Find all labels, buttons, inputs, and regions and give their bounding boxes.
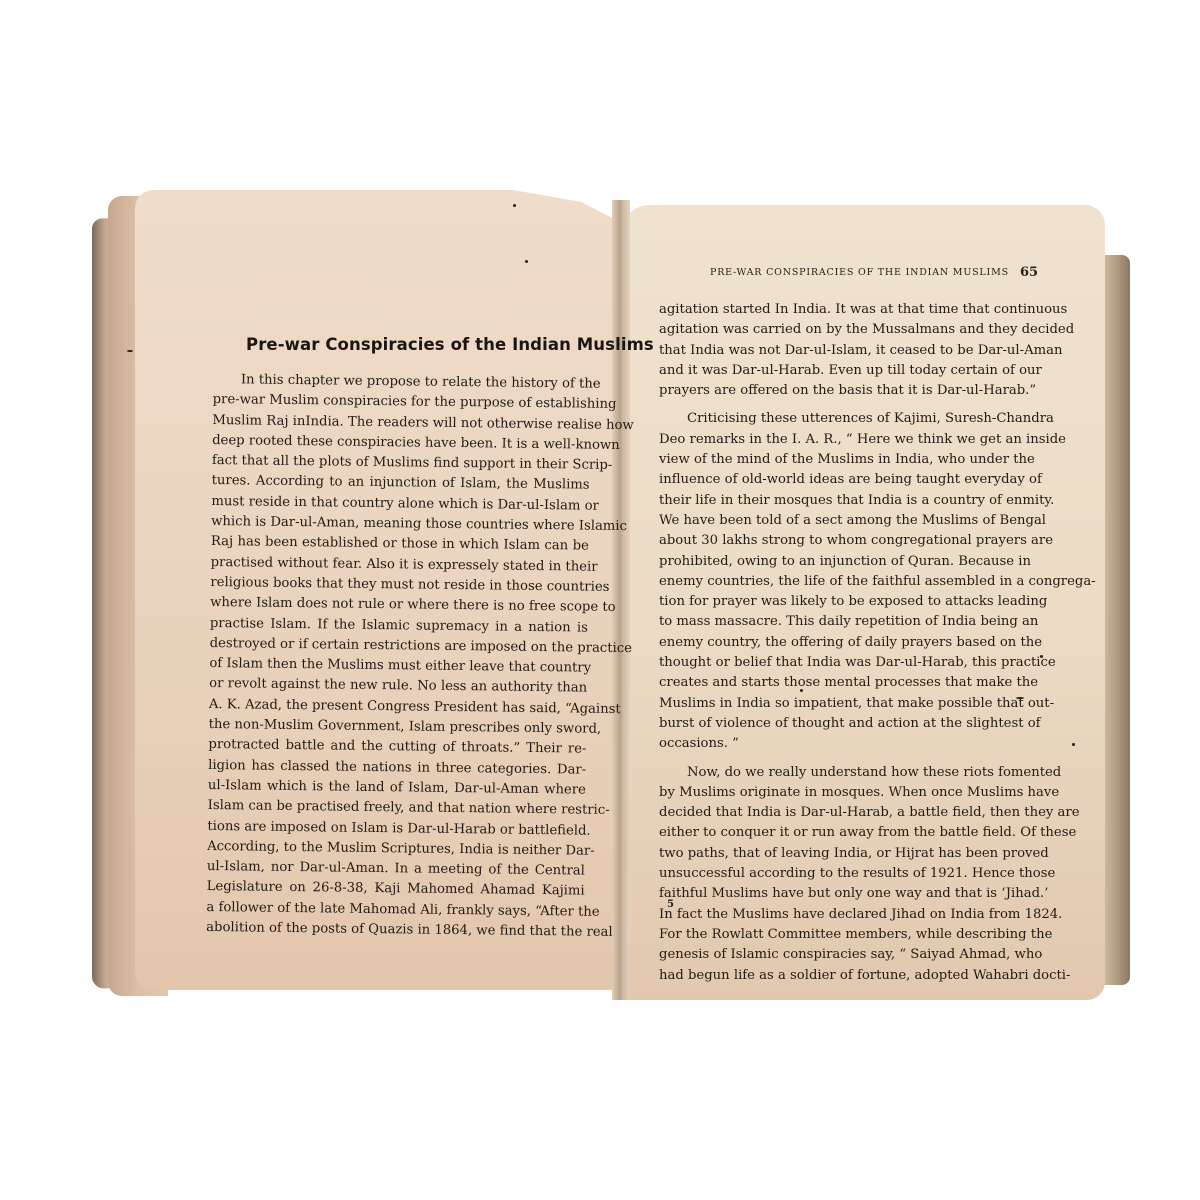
text-line: enemy country, the offering of daily pra… (659, 633, 1031, 653)
text-line: agitation was carried on by the Mussalma… (659, 320, 1031, 340)
foxing-speck (525, 260, 528, 263)
text-line: that India was not Dar-ul-Islam, it ceas… (659, 341, 1031, 361)
text-line: Muslims in India so impatient, that make… (659, 694, 1031, 714)
page-number: 65 (1020, 265, 1038, 280)
text-line: For the Rowlatt Committee members, while… (659, 925, 1031, 945)
foxing-speck (513, 204, 516, 207)
text-line: their life in their mosques that India i… (659, 491, 1031, 511)
text-line: either to conquer it or run away from th… (659, 823, 1031, 843)
chapter-title: Pre-war Conspiracies of the Indian Musli… (246, 335, 576, 354)
text-line: decided that India is Dar-ul-Harab, a ba… (659, 803, 1031, 823)
text-line: creates and starts those mental processe… (659, 673, 1031, 693)
text-line: thought or belief that India was Dar-ul-… (659, 653, 1031, 673)
foxing-speck (800, 689, 803, 692)
foxing-speck (1016, 697, 1024, 699)
text-line: by Muslims originate in mosques. When on… (659, 783, 1031, 803)
text-line: about 30 lakhs strong to whom congregati… (659, 531, 1031, 551)
text-line: We have been told of a sect among the Mu… (659, 511, 1031, 531)
text-line: agitation started In India. It was at th… (659, 300, 1031, 320)
text-line: tion for prayer was likely to be exposed… (659, 592, 1031, 612)
text-line: occasions. ” (659, 734, 1031, 754)
text-line: two paths, that of leaving India, or Hij… (659, 844, 1031, 864)
text-line: enemy countries, the life of the faithfu… (659, 572, 1031, 592)
running-head: PRE-WAR CONSPIRACIES OF THE INDIAN MUSLI… (710, 267, 1009, 278)
text-line: prayers are offered on the basis that it… (659, 381, 1031, 401)
text-line: had begun life as a soldier of fortune, … (659, 966, 1031, 986)
text-line: to mass massacre. This daily repetition … (659, 612, 1031, 632)
text-line: prohibited, owing to an injunction of Qu… (659, 552, 1031, 572)
right-page-body: agitation started In India. It was at th… (659, 300, 1031, 986)
text-line: influence of old-world ideas are being t… (659, 470, 1031, 490)
text-line: Deo remarks in the I. A. R., “ Here we t… (659, 430, 1031, 450)
text-line: Now, do we really understand how these r… (659, 763, 1031, 783)
foxing-speck (127, 350, 133, 352)
foxing-speck (1072, 743, 1075, 746)
signature-mark: 5 (667, 899, 674, 910)
text-line: burst of violence of thought and action … (659, 714, 1031, 734)
text-line: Criticising these utterences of Kajimi, … (659, 409, 1031, 429)
open-book: Pre-war Conspiracies of the Indian Musli… (0, 0, 1200, 1200)
text-line: faithful Muslims have but only one way a… (659, 884, 1031, 904)
text-line: and it was Dar-ul-Harab. Even up till to… (659, 361, 1031, 381)
text-line: In fact the Muslims have declared Jihad … (659, 905, 1031, 925)
foxing-speck (1040, 655, 1043, 658)
text-line: unsuccessful according to the results of… (659, 864, 1031, 884)
text-line: view of the mind of the Muslims in India… (659, 450, 1031, 470)
left-page-body: In this chapter we propose to relate the… (206, 370, 591, 943)
text-line: genesis of Islamic conspiracies say, “ S… (659, 945, 1031, 965)
